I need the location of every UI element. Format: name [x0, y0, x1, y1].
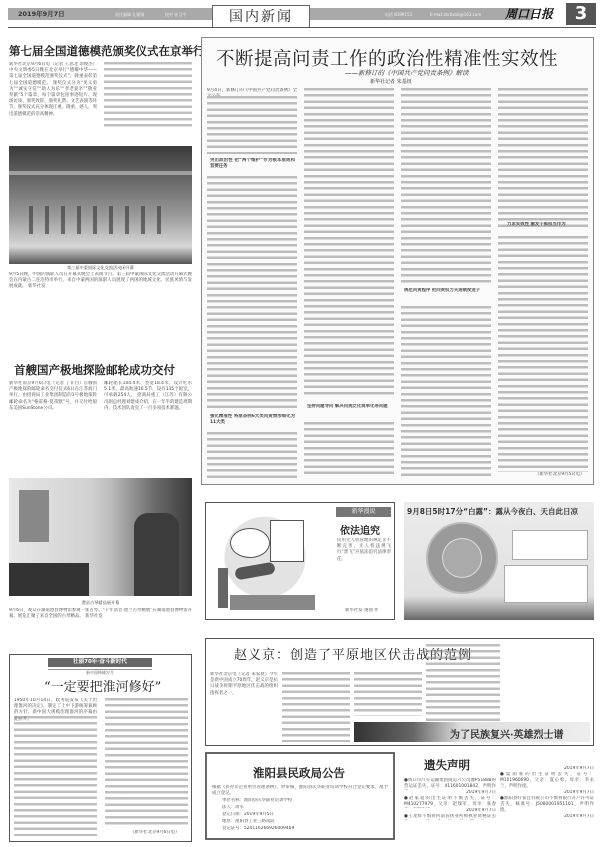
series-subtitle: 新中国峥嵘岁月	[48, 669, 152, 676]
polar-ship-headline: 首艘国产极地探险邮轮成功交付	[14, 362, 175, 378]
lost-item-date: 2019年9月7日	[500, 814, 594, 820]
moral-models-lead: 新华社北京9月6日电（记者 王思北 余俊杰）中央文明委5日晚在北京举行“德耀中华…	[9, 62, 97, 130]
white-dew-headline: 9月8日5时17分“白露”：露从今夜白、天自此日凉	[407, 506, 578, 517]
accountability-col2-b	[304, 422, 394, 478]
accountability-subhead-1: 突出政治性 把“两个维护”作为根本原则和首要任务	[210, 158, 295, 172]
ribbon-shape	[234, 562, 275, 581]
accountability-col1-c	[207, 432, 297, 478]
accountability-dateline: （新华社北京9月5日电）	[535, 472, 590, 479]
stage-performance-photo	[9, 146, 192, 264]
lost-notice-col1: ●周口市汽车运输集团商运六公司豫P51888的营运证丢失，证号：41160100…	[404, 778, 496, 820]
editor-credit: 责任编辑 孔繁娟	[115, 12, 144, 18]
photo2-credit: 新华社发	[85, 614, 103, 619]
huai-river-headline: “一定要把淮河修好”	[44, 676, 161, 695]
hero-series-banner-text: 为了民族复兴·英雄烈士谱	[450, 726, 563, 741]
accountability-subhead-4: 规范问责程序 把问责权力关进制度笼子	[404, 288, 489, 302]
accountability-col1-a	[207, 96, 297, 154]
wheel-center	[442, 538, 482, 578]
guqin-exhibition-photo	[9, 478, 192, 596]
cartoon-credit: 新华社发 翅翅 作	[345, 608, 391, 615]
page-number: 3	[566, 3, 596, 25]
drone-icon	[230, 528, 270, 558]
cartoon-illustration	[210, 510, 320, 615]
contact-phone: 电话 8199153	[385, 12, 412, 18]
accountability-byline: 新华社记者 朱基钗	[370, 78, 412, 85]
moral-models-headline: 第七届全国道德模范颁奖仪式在京举行	[9, 43, 205, 59]
lost-item: ●周口市汽车运输集团商运六公司豫P51888的营运证丢失，证号：41160100…	[404, 778, 496, 790]
photo1-caption-text: 9月5日晚，中国的演职人员在开幕式晚会上表演节目。第三届中蒙国际文化交流活动开幕…	[9, 272, 192, 298]
issue-date: 2019年9月7日	[18, 9, 65, 18]
info-panel-2	[504, 565, 588, 603]
white-dew-infographic	[404, 502, 594, 620]
huai-river-dateline: （新华社北京9月6日电）	[130, 830, 190, 837]
section-title: 国内新闻	[212, 5, 310, 28]
accountability-col3-b	[401, 306, 491, 478]
accountability-col4-a	[498, 88, 588, 228]
accountability-col1-b	[207, 176, 297, 411]
lost-item: ●淮阳县旺家宜有限公司不慎将银行开户许可证丢失，核准号：J50800019511…	[500, 796, 594, 814]
lost-item-continued	[500, 754, 594, 766]
scroll-icon	[270, 520, 304, 562]
notice-address: 地址：淮阳县工业三路南段	[222, 819, 382, 825]
zhao-yijing-col3	[354, 672, 422, 716]
accountability-col2-a	[304, 88, 394, 398]
notice-intro: 根据《民办非企业单位管理条例》，经审核，淮阳县庆华职业培训学校符合登记要求，准予…	[212, 785, 388, 797]
zhao-yijing-col2	[282, 672, 350, 742]
series-banner: 壮丽70年·奋斗新时代	[48, 658, 152, 667]
accountability-subhead-5: 力求实效性 激发干部担当作为	[507, 222, 587, 230]
lost-item: ●赵家超的出生证明不慎丢失，证号：M410277979，父亲：赵瑞军，母亲：张春…	[404, 796, 496, 808]
lost-item: ●王龙辉不慎将何南省执业药师执业资格证丢失，执业证书编号：00000416000…	[404, 814, 496, 820]
lost-item: ●夏雨豪的出生证明丢失，证号：M101960690，父亲：夏心勇，母亲：李永兰，…	[500, 772, 594, 790]
photo2-caption-text: 9月6日，观众在湖南澧县博物馆参观一张古琴。“千年清音·澧兰古琴精展”在湖南澧县…	[9, 608, 192, 634]
zhao-yijing-col1: 新华社北京电（记者 朱家晨）今年是新中国成立70周年。赵义京是抗日战争时期平原地…	[210, 672, 278, 742]
accountability-lead: 9月4日，新修订的《中国共产党问责条例》全文公布。	[207, 88, 297, 96]
polar-ship-body-col2: 邮轮船长104.4米，型宽18.4米，设计吃水5.1米，最高航速16.5节，设有…	[104, 381, 192, 431]
moral-models-body-text: 颁奖仪式分为“见义勇为”“诚实守信”“助人为乐”“孝老爱亲”“敬业奉献”5个篇章…	[9, 81, 97, 117]
control-tower-icon	[218, 568, 228, 608]
huai-river-body-col1-lines	[14, 716, 97, 836]
notice-unit-name: 单位名称：淮阳县庆华职业培训学校	[222, 798, 382, 804]
accountability-subhead-3: 坚持问题导向 解决问责泛化简单化等问题	[307, 404, 392, 418]
notice-legal-rep: 法人：周军	[222, 805, 382, 811]
info-panel-1	[512, 530, 588, 560]
photo2-caption-title: 澧县古琴精品展开幕	[9, 600, 192, 606]
accountability-subhead-2: 强化精准性 将原条例6大类问责情形细化为11大类	[210, 414, 295, 428]
cartoon-text: 民用无人机管理的规定正不断完善。无人机违规飞行“黑飞”应依法追究法律责任。	[337, 538, 391, 604]
notice-reg-date: 登记日期：2019年9月5日	[222, 812, 382, 818]
notice-reg-number: 登记证号：524116266926009469	[222, 826, 382, 832]
solar-terms-wheel	[426, 522, 498, 594]
notice-title: 淮阳县民政局公告	[253, 765, 345, 781]
photo1-caption-title: 第三届中蒙国际文化交流活动闭开幕	[9, 265, 192, 271]
cartoon-tag: 新华漫说	[336, 507, 391, 517]
proofreader-credit: 校对 孙卫平	[165, 12, 186, 18]
polar-ship-body-col1: 新华社南京9月6日电（记者 丁非白）首艘国产极地探险邮轮命名交付仪式6日在江苏海…	[9, 381, 97, 431]
accountability-col4-b	[498, 236, 588, 472]
lost-notice-title: 遗失声明	[424, 757, 470, 773]
accountability-subheadline: ——新修订的《中国共产党问责条例》解读	[345, 68, 469, 77]
zhao-yijing-col4	[426, 644, 500, 734]
airport-buildings	[230, 595, 315, 610]
accountability-col3-a	[401, 88, 491, 284]
lost-notice-col2: 2019年9月7日 ●夏雨豪的出生证明丢失，证号：M101960690，父亲：夏…	[500, 754, 594, 820]
huai-river-body-col2	[105, 698, 188, 826]
contact-email: E-mail:zkrbxxb@163.com	[430, 12, 481, 17]
cartoon-title: 依法追究	[340, 522, 380, 537]
header-rule	[8, 27, 596, 28]
newspaper-logo: 周口日报	[505, 5, 553, 22]
moral-models-column-2	[104, 62, 192, 130]
photo1-credit: 新华社发	[28, 284, 46, 289]
